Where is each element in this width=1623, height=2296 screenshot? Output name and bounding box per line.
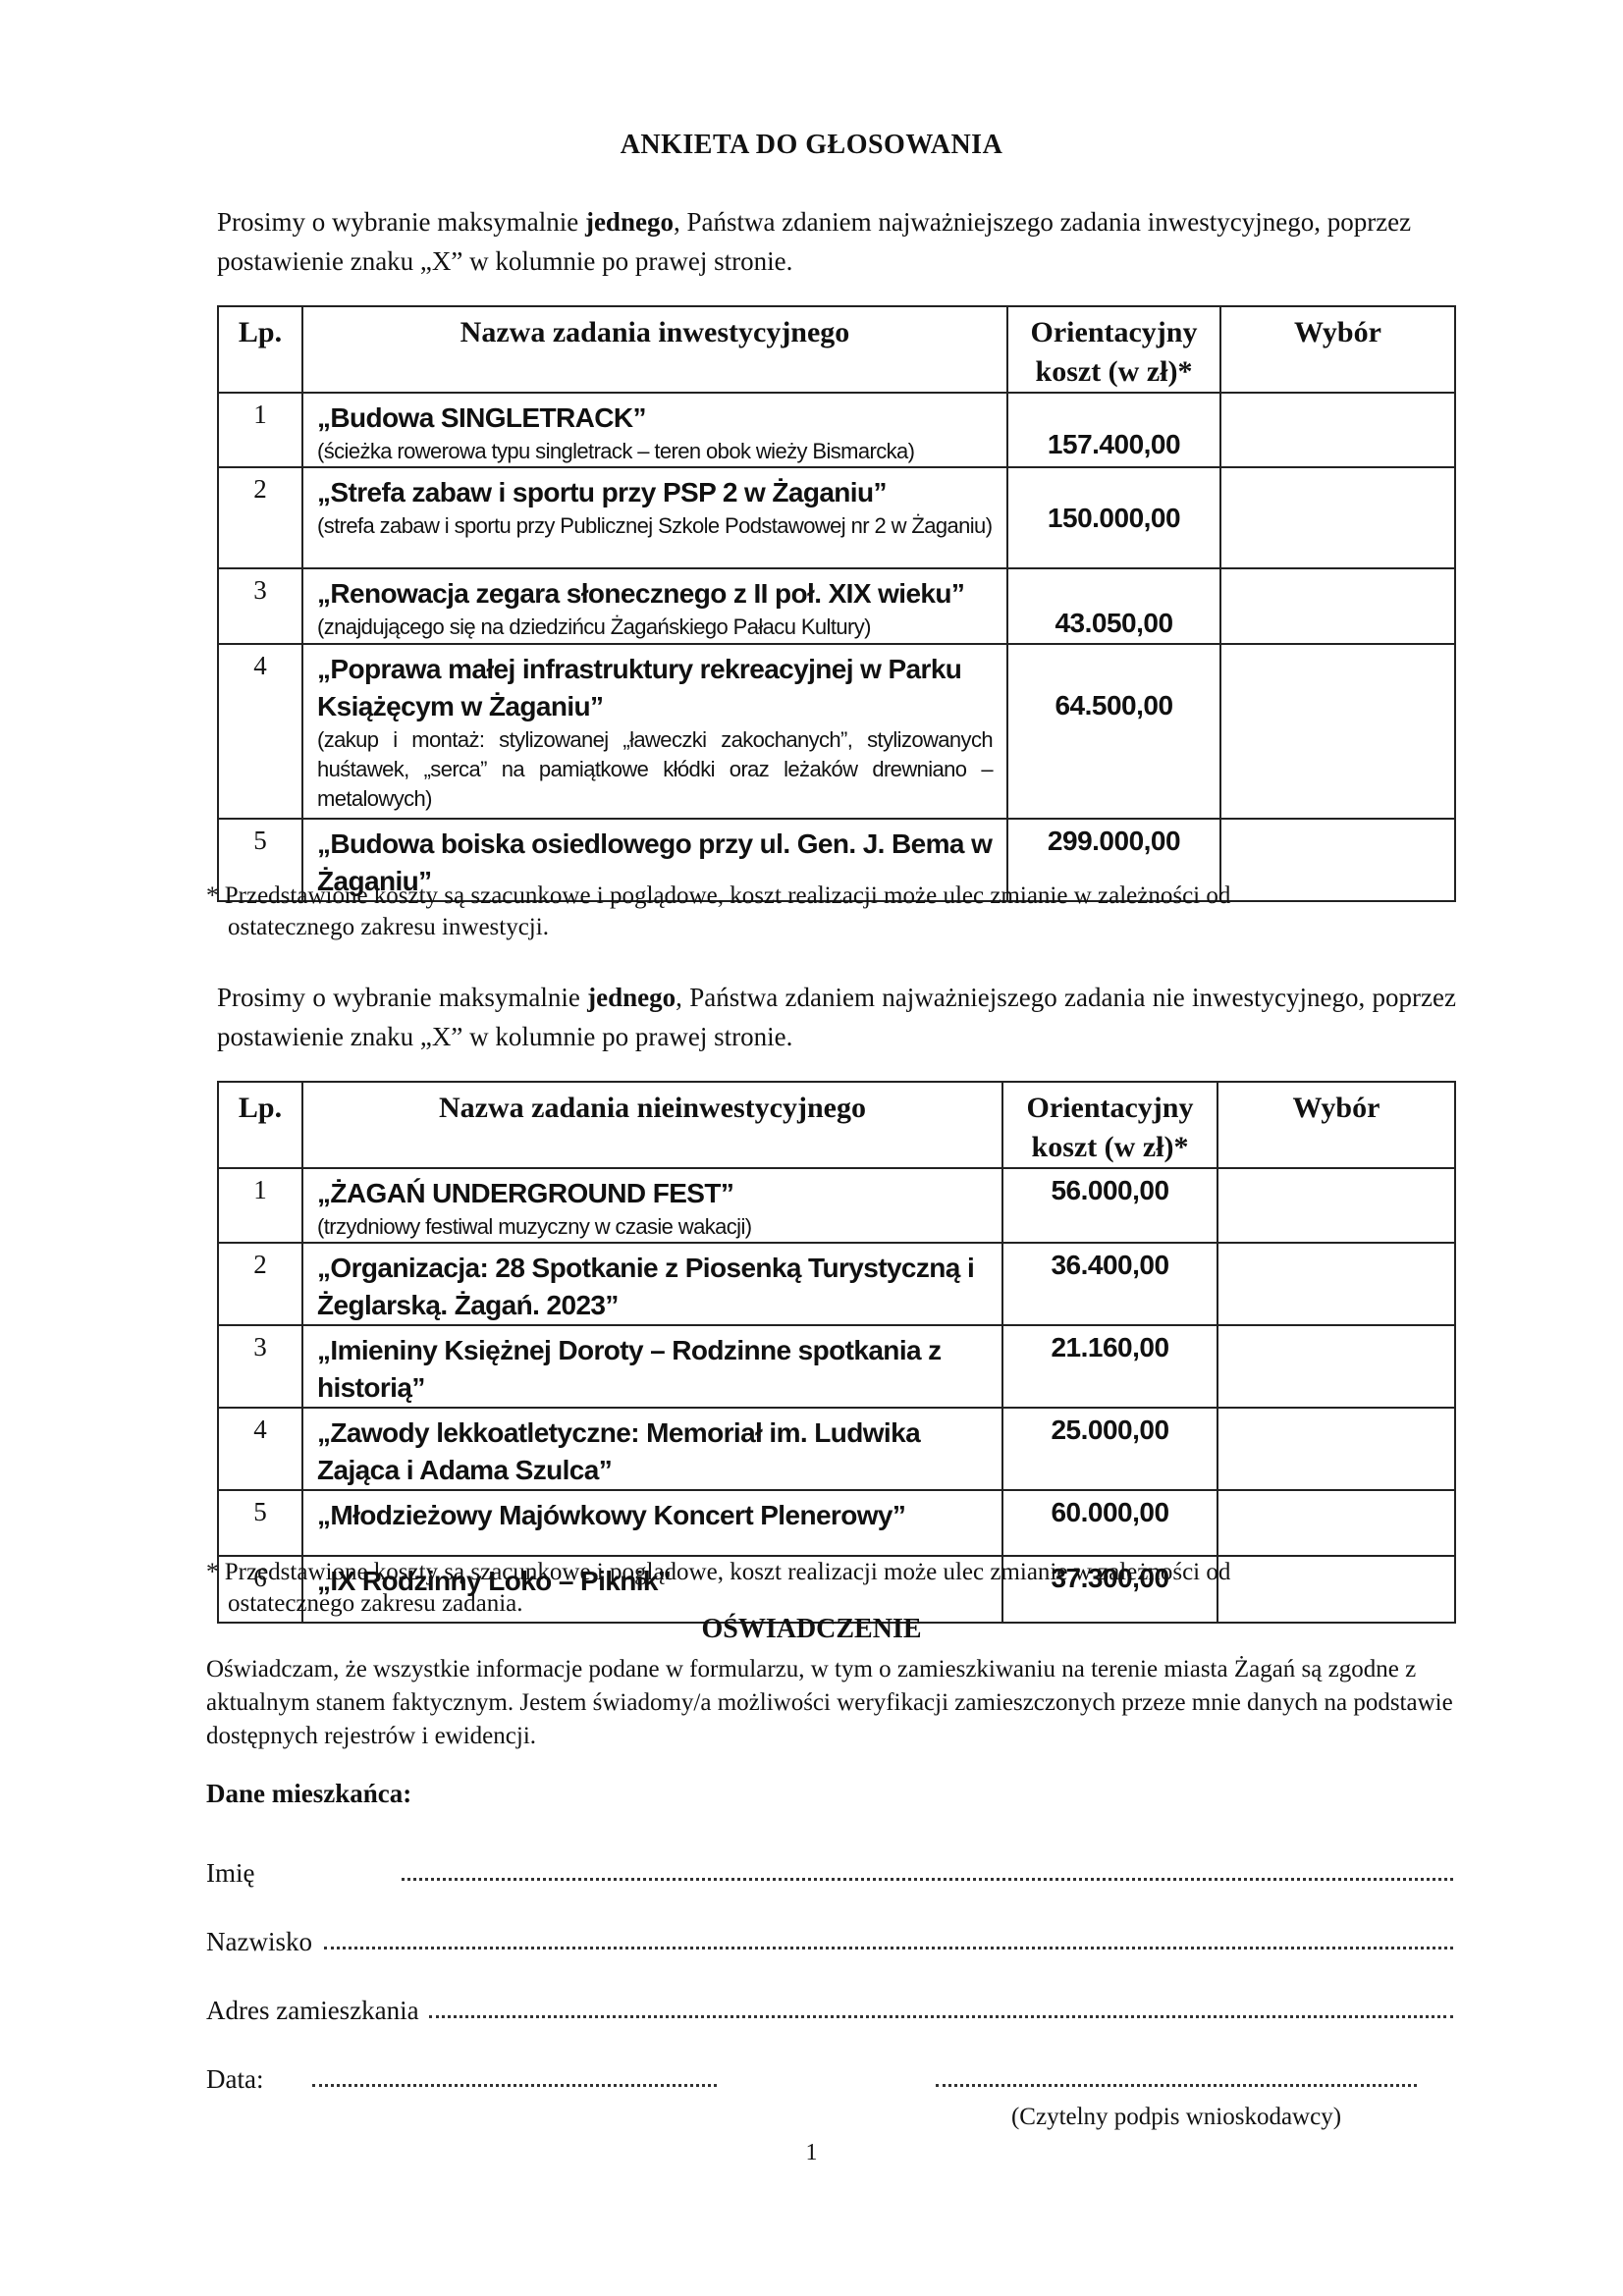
table-row: 3 „Imieniny Księżnej Doroty – Rodzinne s… [218, 1325, 1455, 1408]
table-header-row: Lp. Nazwa zadania inwestycyjnego Orienta… [218, 306, 1455, 393]
document-title: ANKIETA DO GŁOSOWANIA [0, 130, 1623, 161]
task-name: „Młodzieżowy Majówkowy Koncert Plenerowy… [317, 1497, 988, 1534]
row-number: 2 [218, 467, 302, 568]
table-row: 2 „Strefa zabaw i sportu przy PSP 2 w Ża… [218, 467, 1455, 568]
task-description: (trzydniowy festiwal muzyczny w czasie w… [317, 1212, 988, 1242]
instruction-text-start: Prosimy o wybranie maksymalnie [217, 983, 587, 1012]
task-cell: „Zawody lekkoatletyczne: Memoriał im. Lu… [302, 1408, 1002, 1490]
task-name: „Strefa zabaw i sportu przy PSP 2 w Żaga… [317, 474, 993, 511]
task-cell: „Renowacja zegara słonecznego z II poł. … [302, 568, 1007, 644]
row-number: 1 [218, 1168, 302, 1243]
non-investment-cost-footnote: * Przedstawione koszty są szacunkowe i p… [206, 1557, 1445, 1620]
header-cost: Orientacyjny koszt (w zł)* [1002, 1082, 1217, 1168]
header-choice: Wybór [1217, 1082, 1455, 1168]
last-name-label: Nazwisko [206, 1927, 312, 1957]
signature-field[interactable] [936, 2059, 1417, 2095]
table-row: 4 „Poprawa małej infrastruktury rekreacy… [218, 644, 1455, 819]
declaration-text: Oświadczam, że wszystkie informacje poda… [206, 1653, 1453, 1753]
resident-data-heading: Dane mieszkańca: [206, 1779, 411, 1809]
task-cost: 64.500,00 [1007, 644, 1220, 819]
first-name-field[interactable]: Imię [206, 1853, 1453, 1889]
non-investment-instructions: Prosimy o wybranie maksymalnie jednego, … [217, 978, 1456, 1056]
table-header-row: Lp. Nazwa zadania nieinwestycyjnego Orie… [218, 1082, 1455, 1168]
choice-cell[interactable] [1220, 644, 1455, 819]
task-cell: „Poprawa małej infrastruktury rekreacyjn… [302, 644, 1007, 819]
table-row: 3 „Renowacja zegara słonecznego z II poł… [218, 568, 1455, 644]
choice-cell[interactable] [1217, 1168, 1455, 1243]
task-cell: „ŻAGAŃ UNDERGROUND FEST” (trzydniowy fes… [302, 1168, 1002, 1243]
choice-cell[interactable] [1217, 1325, 1455, 1408]
task-name: „Organizacja: 28 Spotkanie z Piosenką Tu… [317, 1250, 988, 1324]
table-row: 1 „ŻAGAŃ UNDERGROUND FEST” (trzydniowy f… [218, 1168, 1455, 1243]
task-name: „ŻAGAŃ UNDERGROUND FEST” [317, 1175, 988, 1212]
task-description: (ścieżka rowerowa typu singletrack – ter… [317, 437, 993, 466]
investment-instructions: Prosimy o wybranie maksymalnie jednego, … [217, 202, 1456, 281]
task-name: „Poprawa małej infrastruktury rekreacyjn… [317, 651, 993, 725]
date-input-line[interactable] [312, 2084, 717, 2087]
last-name-field[interactable]: Nazwisko [206, 1922, 1453, 1957]
header-lp: Lp. [218, 1082, 302, 1168]
choice-cell[interactable] [1217, 1490, 1455, 1556]
task-name: „Zawody lekkoatletyczne: Memoriał im. Lu… [317, 1415, 988, 1489]
header-task-name: Nazwa zadania nieinwestycyjnego [302, 1082, 1002, 1168]
investment-tasks-table: Lp. Nazwa zadania inwestycyjnego Orienta… [217, 305, 1456, 902]
address-label: Adres zamieszkania [206, 1996, 419, 2026]
date-field[interactable]: Data: [206, 2059, 717, 2095]
task-cell: „Imieniny Księżnej Doroty – Rodzinne spo… [302, 1325, 1002, 1408]
task-name: „Imieniny Księżnej Doroty – Rodzinne spo… [317, 1332, 988, 1407]
table-row: 1 „Budowa SINGLETRACK” (ścieżka rowerowa… [218, 393, 1455, 467]
task-cost: 60.000,00 [1002, 1490, 1217, 1556]
row-number: 5 [218, 1490, 302, 1556]
instruction-text-start: Prosimy o wybranie maksymalnie [217, 207, 585, 237]
footnote-line: ostatecznego zakresu inwestycji. [206, 912, 1445, 943]
task-cost: 21.160,00 [1002, 1325, 1217, 1408]
task-cost: 43.050,00 [1007, 568, 1220, 644]
footnote-line: * Przedstawione koszty są szacunkowe i p… [206, 1559, 1230, 1585]
task-cell: „Budowa SINGLETRACK” (ścieżka rowerowa t… [302, 393, 1007, 467]
header-lp: Lp. [218, 306, 302, 393]
row-number: 4 [218, 644, 302, 819]
signature-caption: (Czytelny podpis wnioskodawcy) [936, 2104, 1417, 2131]
header-cost: Orientacyjny koszt (w zł)* [1007, 306, 1220, 393]
choice-cell[interactable] [1217, 1408, 1455, 1490]
row-number: 3 [218, 1325, 302, 1408]
task-cost: 25.000,00 [1002, 1408, 1217, 1490]
date-label: Data: [206, 2064, 263, 2095]
row-number: 3 [218, 568, 302, 644]
task-cost: 56.000,00 [1002, 1168, 1217, 1243]
first-name-input-line[interactable] [402, 1878, 1453, 1881]
task-description: (zakup i montaż: stylizowanej „ławeczki … [317, 725, 993, 814]
row-number: 1 [218, 393, 302, 467]
choice-cell[interactable] [1220, 568, 1455, 644]
choice-cell[interactable] [1220, 393, 1455, 467]
table-row: 4 „Zawody lekkoatletyczne: Memoriał im. … [218, 1408, 1455, 1490]
first-name-label: Imię [206, 1858, 254, 1889]
header-choice: Wybór [1220, 306, 1455, 393]
task-description: (strefa zabaw i sportu przy Publicznej S… [317, 511, 993, 541]
task-name: „Renowacja zegara słonecznego z II poł. … [317, 575, 993, 613]
address-field[interactable]: Adres zamieszkania [206, 1991, 1453, 2026]
task-name: „Budowa SINGLETRACK” [317, 400, 993, 437]
task-cell: „Organizacja: 28 Spotkanie z Piosenką Tu… [302, 1243, 1002, 1325]
row-number: 2 [218, 1243, 302, 1325]
instruction-emphasis: jednego [585, 207, 674, 237]
instruction-emphasis: jednego [587, 983, 676, 1012]
task-description: (znajdującego się na dziedzińcu Żagański… [317, 613, 993, 642]
investment-cost-footnote: * Przedstawione koszty są szacunkowe i p… [206, 881, 1445, 943]
non-investment-tasks-table: Lp. Nazwa zadania nieinwestycyjnego Orie… [217, 1081, 1456, 1624]
task-cell: „Strefa zabaw i sportu przy PSP 2 w Żaga… [302, 467, 1007, 568]
page-number: 1 [0, 2140, 1623, 2166]
table-row: 5 „Młodzieżowy Majówkowy Koncert Plenero… [218, 1490, 1455, 1556]
declaration-title: OŚWIADCZENIE [0, 1614, 1623, 1645]
choice-cell[interactable] [1217, 1243, 1455, 1325]
task-cell: „Młodzieżowy Majówkowy Koncert Plenerowy… [302, 1490, 1002, 1556]
signature-input-line[interactable] [936, 2084, 1417, 2087]
task-cost: 150.000,00 [1007, 467, 1220, 568]
header-task-name: Nazwa zadania inwestycyjnego [302, 306, 1007, 393]
task-cost: 36.400,00 [1002, 1243, 1217, 1325]
task-cost: 157.400,00 [1007, 393, 1220, 467]
choice-cell[interactable] [1220, 467, 1455, 568]
last-name-input-line[interactable] [324, 1947, 1453, 1949]
footnote-line: * Przedstawione koszty są szacunkowe i p… [206, 882, 1230, 909]
address-input-line[interactable] [429, 2015, 1453, 2018]
row-number: 4 [218, 1408, 302, 1490]
table-row: 2 „Organizacja: 28 Spotkanie z Piosenką … [218, 1243, 1455, 1325]
